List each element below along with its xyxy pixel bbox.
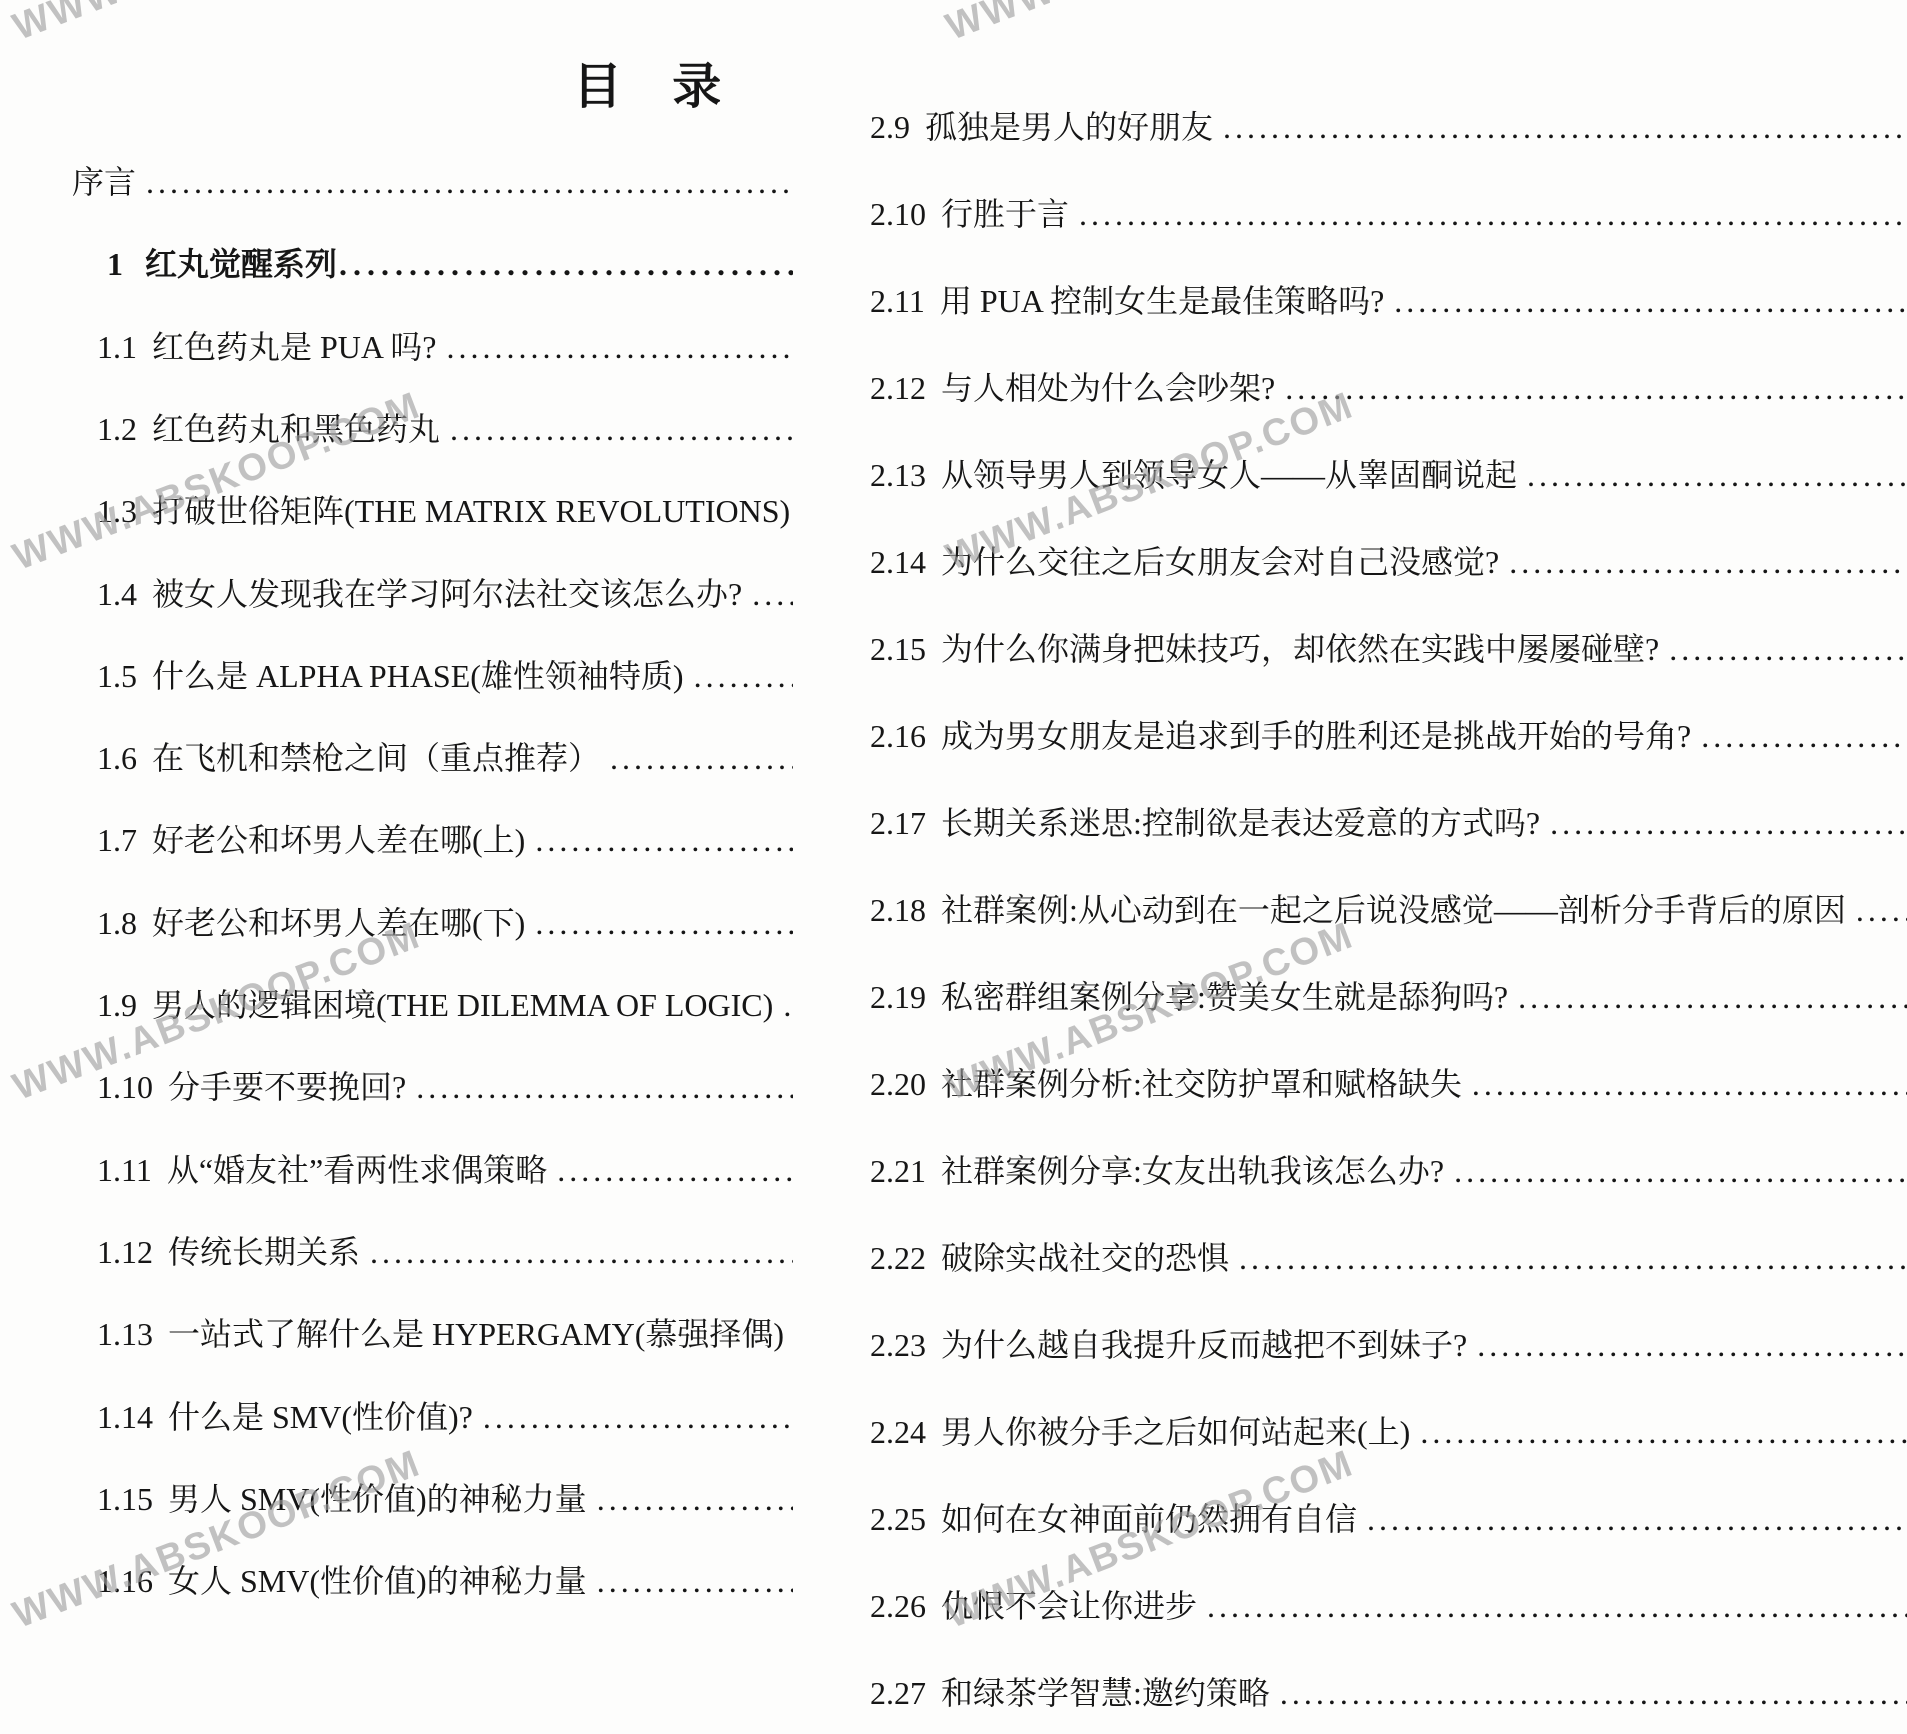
dot-leader: . . . . . . . . . . . . . . . . . . . . … [1477, 1326, 1907, 1364]
dot-leader: . . . . . . . . . . . . . . . . . . . . … [1472, 1065, 1907, 1103]
toc-entry: 2.16成为男女朋友是追求到手的胜利还是挑战开始的号角?. . . . . . … [870, 717, 1907, 755]
toc-entry-title: 孤独是男人的好朋友 [925, 108, 1213, 146]
toc-entry: 1.2红色药丸和黑色药丸. . . . . . . . . . . . . . … [97, 410, 793, 448]
dot-leader: . . . . . . . . . . . . . . . . . . . . … [783, 986, 793, 1024]
toc-entry-title: 社群案例分享:女友出轨我该怎么办? [941, 1152, 1444, 1190]
toc-entry-title: 仇恨不会让你进步 [941, 1587, 1197, 1625]
toc-entry-title: 用 PUA 控制女生是最佳策略吗? [940, 282, 1384, 320]
toc-section-heading: 1红丸觉醒系列. . . . . . . . . . . . . . . . .… [107, 245, 793, 283]
toc-entry-number: 1.5 [97, 657, 137, 695]
toc-entry: 2.15为什么你满身把妹技巧，却依然在实践中屡屡碰壁?. . . . . . .… [870, 630, 1907, 668]
toc-entry-title: 为什么越自我提升反而越把不到妹子? [941, 1326, 1467, 1364]
dot-leader: . . . . . . . . . . . . . . . . . . . . … [1223, 108, 1907, 146]
toc-entry-title: 好老公和坏男人差在哪(上) [152, 821, 525, 859]
toc-entry-number: 2.9 [870, 108, 910, 146]
dot-leader: . . . . . . . . . . . . . . . . . . . . … [1518, 978, 1907, 1016]
dot-leader: . . . . . . . . . . . . . . . . . . . . … [535, 821, 793, 859]
dot-leader: . . . . . . . . . . . . . . . . . . . . … [1207, 1587, 1907, 1625]
toc-entry: 2.24男人你被分手之后如何站起来(上). . . . . . . . . . … [870, 1413, 1907, 1451]
dot-leader: . . . . . . . . . . . . . . . . . . . . … [146, 163, 793, 201]
toc-entry-number: 2.26 [870, 1587, 926, 1625]
toc-entry: 2.26仇恨不会让你进步. . . . . . . . . . . . . . … [870, 1587, 1907, 1625]
toc-entry: 1.16女人 SMV(性价值)的神秘力量. . . . . . . . . . … [97, 1562, 793, 1600]
toc-entry: 1.8好老公和坏男人差在哪(下). . . . . . . . . . . . … [97, 904, 793, 942]
toc-entry: 2.14为什么交往之后女朋友会对自己没感觉?. . . . . . . . . … [870, 543, 1907, 581]
toc-entry: 1.9男人的逻辑困境(THE DILEMMA OF LOGIC). . . . … [97, 986, 793, 1024]
dot-leader: . . . . . . . . . . . . . . . . . . . . … [370, 1233, 793, 1271]
toc-entry-title: 行胜于言 [941, 195, 1069, 233]
dot-leader: . . . . . . . . . . . . . . . . . . . . … [1527, 456, 1907, 494]
dot-leader: . . . . . . . . . . . . . . . . . . . . … [483, 1398, 793, 1436]
toc-entry-title: 红丸觉醒系列 [145, 245, 337, 283]
dot-leader: . . . . . . . . . . . . . . . . . . . . … [1285, 369, 1907, 407]
dot-leader: . . . . . . . . . . . . . . . . . . . . … [1856, 891, 1907, 929]
toc-entry-number: 2.11 [870, 282, 925, 320]
toc-entry-number: 1.11 [97, 1151, 152, 1189]
toc-entry-title: 长期关系迷思:控制欲是表达爱意的方式吗? [941, 804, 1540, 842]
toc-entry: 2.20社群案例分析:社交防护罩和赋格缺失. . . . . . . . . .… [870, 1065, 1907, 1103]
toc-entry-title: 从“婚友社”看两性求偶策略 [167, 1151, 547, 1189]
dot-leader: . . . . . . . . . . . . . . . . . . . . … [446, 328, 793, 366]
toc-entry-title: 如何在女神面前仍然拥有自信 [941, 1500, 1357, 1538]
toc-entry-number: 2.17 [870, 804, 926, 842]
toc-entry: 1.1红色药丸是 PUA 吗?. . . . . . . . . . . . .… [97, 328, 793, 366]
toc-entry-number: 2.24 [870, 1413, 926, 1451]
toc-entry-title: 什么是 SMV(性价值)? [168, 1398, 473, 1436]
toc-entry-number: 1.1 [97, 328, 137, 366]
toc-entry: 2.27和绿茶学智慧:邀约策略. . . . . . . . . . . . .… [870, 1674, 1907, 1712]
toc-entry: 2.25如何在女神面前仍然拥有自信. . . . . . . . . . . .… [870, 1500, 1907, 1538]
toc-entry: 1.10分手要不要挽回?. . . . . . . . . . . . . . … [97, 1068, 793, 1106]
dot-leader: . . . . . . . . . . . . . . . . . . . . … [1420, 1413, 1907, 1451]
toc-entry-number: 2.16 [870, 717, 926, 755]
dot-leader: . . . . . . . . . . . . . . . . . . . . … [610, 739, 793, 777]
toc-entry-title: 与人相处为什么会吵架? [941, 369, 1275, 407]
toc-entry-title: 红色药丸和黑色药丸 [152, 410, 440, 448]
toc-entry-number: 2.19 [870, 978, 926, 1016]
dot-leader: . . . . . . . . . . . . . . . . . . . . … [1394, 282, 1907, 320]
toc-preface: 序言. . . . . . . . . . . . . . . . . . . … [72, 163, 793, 201]
toc-entry-number: 1.6 [97, 739, 137, 777]
toc-entry-number: 1.8 [97, 904, 137, 942]
toc-entry-title: 男人 SMV(性价值)的神秘力量 [168, 1480, 587, 1518]
dot-leader: . . . . . . . . . . . . . . . . . . . . … [450, 410, 793, 448]
toc-entry-title: 和绿茶学智慧:邀约策略 [941, 1674, 1270, 1712]
toc-entry-number: 2.15 [870, 630, 926, 668]
toc-entry: 1.3打破世俗矩阵(THE MATRIX REVOLUTIONS). . . .… [97, 492, 793, 530]
dot-leader: . . . . . . . . . . . . . . . . . . . . … [1454, 1152, 1907, 1190]
toc-entry-title: 为什么交往之后女朋友会对自己没感觉? [941, 543, 1499, 581]
toc-entry-number: 1.7 [97, 821, 137, 859]
dot-leader: . . . . . . . . . . . . . . . . . . . . … [1550, 804, 1907, 842]
page-title: 目 录 [573, 48, 723, 118]
dot-leader: . . . . . . . . . . . . . . . . . . . . … [752, 575, 793, 613]
toc-entry-title: 一站式了解什么是 HYPERGAMY(慕强择偶) [168, 1315, 784, 1353]
dot-leader: . . . . . . . . . . . . . . . . . . . . … [1701, 717, 1907, 755]
toc-entry-number: 2.18 [870, 891, 926, 929]
dot-leader: . . . . . . . . . . . . . . . . . . . . … [1367, 1500, 1907, 1538]
toc-entry-title: 社群案例分析:社交防护罩和赋格缺失 [941, 1065, 1462, 1103]
toc-entry-number: 1.12 [97, 1233, 153, 1271]
toc-entry-number: 2.25 [870, 1500, 926, 1538]
toc-entry: 1.5什么是 ALPHA PHASE(雄性领袖特质). . . . . . . … [97, 657, 793, 695]
toc-entry-number: 1.4 [97, 575, 137, 613]
toc-entry-number: 1 [107, 245, 123, 283]
toc-entry-number: 1.14 [97, 1398, 153, 1436]
dot-leader: . . . . . . . . . . . . . . . . . . . . … [1280, 1674, 1907, 1712]
toc-entry-number: 1.3 [97, 492, 137, 530]
toc-entry: 1.11从“婚友社”看两性求偶策略. . . . . . . . . . . .… [97, 1151, 793, 1189]
toc-entry: 1.13一站式了解什么是 HYPERGAMY(慕强择偶). . . . . . … [97, 1315, 793, 1353]
toc-entry-title: 为什么你满身把妹技巧，却依然在实践中屡屡碰壁? [941, 630, 1659, 668]
toc-entry-title: 红色药丸是 PUA 吗? [152, 328, 436, 366]
dot-leader: . . . . . . . . . . . . . . . . . . . . … [1079, 195, 1907, 233]
toc-entry-title: 社群案例:从心动到在一起之后说没感觉——剖析分手背后的原因 [941, 891, 1846, 929]
toc-entry-number: 1.9 [97, 986, 137, 1024]
toc-entry-number: 1.2 [97, 410, 137, 448]
toc-page-left: 目 录 序言. . . . . . . . . . . . . . . . . … [0, 0, 805, 1734]
toc-entry: 2.13从领导男人到领导女人——从睾固酮说起. . . . . . . . . … [870, 456, 1907, 494]
toc-entry-title: 传统长期关系 [168, 1233, 360, 1271]
toc-entry: 2.18社群案例:从心动到在一起之后说没感觉——剖析分手背后的原因. . . .… [870, 891, 1907, 929]
dot-leader: . . . . . . . . . . . . . . . . . . . . … [535, 904, 793, 942]
toc-entry-number: 2.22 [870, 1239, 926, 1277]
dot-leader: . . . . . . . . . . . . . . . . . . . . … [339, 245, 793, 283]
dot-leader: . . . . . . . . . . . . . . . . . . . . … [694, 657, 793, 695]
toc-entry: 2.17长期关系迷思:控制欲是表达爱意的方式吗?. . . . . . . . … [870, 804, 1907, 842]
toc-entry-number: 1.10 [97, 1068, 153, 1106]
toc-entry-title: 在飞机和禁枪之间（重点推荐） [152, 739, 600, 777]
dot-leader: . . . . . . . . . . . . . . . . . . . . … [1669, 630, 1907, 668]
toc-entry-title: 序言 [72, 163, 136, 201]
dot-leader: . . . . . . . . . . . . . . . . . . . . … [1239, 1239, 1907, 1277]
toc-entry-title: 女人 SMV(性价值)的神秘力量 [168, 1562, 587, 1600]
toc-entry-title: 分手要不要挽回? [168, 1068, 406, 1106]
toc-entry: 2.11用 PUA 控制女生是最佳策略吗?. . . . . . . . . .… [870, 282, 1907, 320]
toc-entry-number: 2.23 [870, 1326, 926, 1364]
toc-entry-number: 1.16 [97, 1562, 153, 1600]
toc-entry-number: 2.10 [870, 195, 926, 233]
toc-entry-number: 2.12 [870, 369, 926, 407]
toc-entry: 1.7好老公和坏男人差在哪(上). . . . . . . . . . . . … [97, 821, 793, 859]
toc-entry-number: 2.27 [870, 1674, 926, 1712]
toc-entry-title: 私密群组案例分享:赞美女生就是舔狗吗? [941, 978, 1508, 1016]
toc-entry-number: 2.14 [870, 543, 926, 581]
dot-leader: . . . . . . . . . . . . . . . . . . . . … [416, 1068, 793, 1106]
toc-entry: 2.21社群案例分享:女友出轨我该怎么办?. . . . . . . . . .… [870, 1152, 1907, 1190]
toc-entry-title: 成为男女朋友是追求到手的胜利还是挑战开始的号角? [941, 717, 1691, 755]
toc-entry: 1.15男人 SMV(性价值)的神秘力量. . . . . . . . . . … [97, 1480, 793, 1518]
toc-entry-title: 从领导男人到领导女人——从睾固酮说起 [941, 456, 1517, 494]
toc-entry: 2.10行胜于言. . . . . . . . . . . . . . . . … [870, 195, 1907, 233]
toc-entry: 2.9孤独是男人的好朋友. . . . . . . . . . . . . . … [870, 108, 1907, 146]
toc-entry-title: 男人的逻辑困境(THE DILEMMA OF LOGIC) [152, 986, 773, 1024]
toc-entry-title: 打破世俗矩阵(THE MATRIX REVOLUTIONS) [152, 492, 790, 530]
toc-entry-number: 2.13 [870, 456, 926, 494]
toc-entry: 2.22破除实战社交的恐惧. . . . . . . . . . . . . .… [870, 1239, 1907, 1277]
toc-entry-number: 2.21 [870, 1152, 926, 1190]
toc-entry-number: 2.20 [870, 1065, 926, 1103]
toc-entry-title: 男人你被分手之后如何站起来(上) [941, 1413, 1410, 1451]
toc-entry-title: 好老公和坏男人差在哪(下) [152, 904, 525, 942]
toc-entry-number: 1.15 [97, 1480, 153, 1518]
toc-entry-title: 什么是 ALPHA PHASE(雄性领袖特质) [152, 657, 684, 695]
toc-entry: 1.12传统长期关系. . . . . . . . . . . . . . . … [97, 1233, 793, 1271]
toc-entry: 1.4被女人发现我在学习阿尔法社交该怎么办?. . . . . . . . . … [97, 575, 793, 613]
dot-leader: . . . . . . . . . . . . . . . . . . . . … [597, 1480, 793, 1518]
toc-entry-title: 破除实战社交的恐惧 [941, 1239, 1229, 1277]
toc-entry: 1.6在飞机和禁枪之间（重点推荐）. . . . . . . . . . . .… [97, 739, 793, 777]
toc-page-right: 2.9孤独是男人的好朋友. . . . . . . . . . . . . . … [810, 0, 1907, 1734]
toc-entry-title: 被女人发现我在学习阿尔法社交该怎么办? [152, 575, 742, 613]
toc-entry-number: 1.13 [97, 1315, 153, 1353]
toc-entry: 2.23为什么越自我提升反而越把不到妹子?. . . . . . . . . .… [870, 1326, 1907, 1364]
toc-entry: 2.19私密群组案例分享:赞美女生就是舔狗吗?. . . . . . . . .… [870, 978, 1907, 1016]
dot-leader: . . . . . . . . . . . . . . . . . . . . … [557, 1151, 793, 1189]
dot-leader: . . . . . . . . . . . . . . . . . . . . … [1509, 543, 1907, 581]
dot-leader: . . . . . . . . . . . . . . . . . . . . … [597, 1562, 793, 1600]
toc-entry: 2.12与人相处为什么会吵架?. . . . . . . . . . . . .… [870, 369, 1907, 407]
toc-entry: 1.14什么是 SMV(性价值)?. . . . . . . . . . . .… [97, 1398, 793, 1436]
